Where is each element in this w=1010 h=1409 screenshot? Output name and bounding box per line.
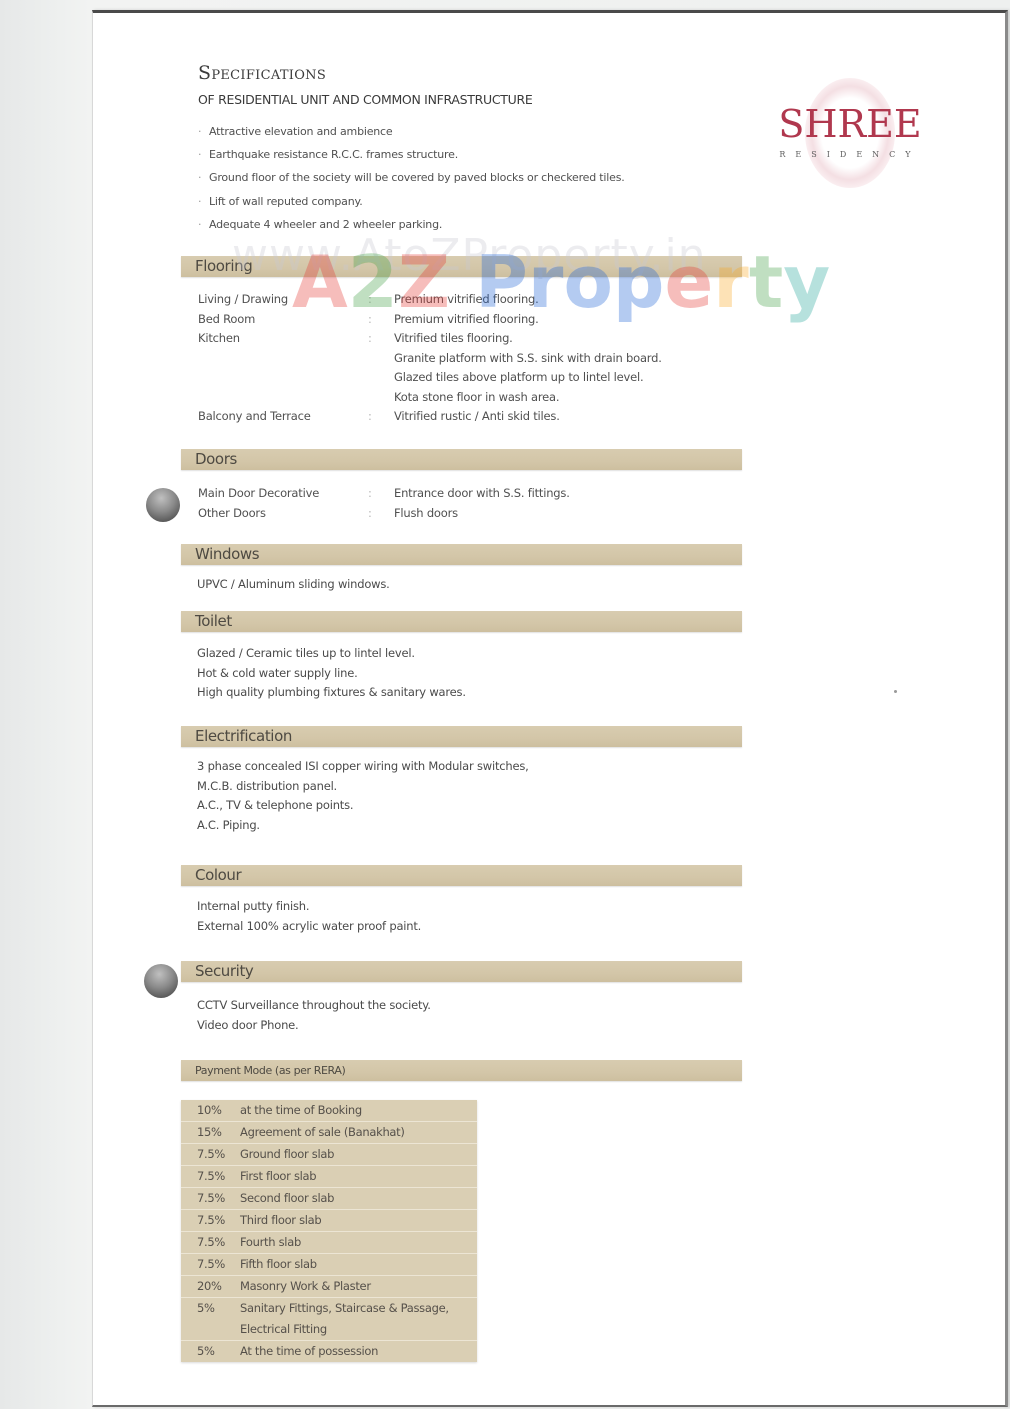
electrification-spec-list: 3 phase concealed ISI copper wiring with… xyxy=(197,759,529,837)
spec-row: Bed Room:Premium vitrified flooring. xyxy=(198,312,662,332)
dust-speck xyxy=(894,690,897,693)
spec-separator xyxy=(368,370,394,390)
payment-percent: 20% xyxy=(181,1276,240,1297)
intro-point: Ground floor of the society will be cove… xyxy=(198,170,625,193)
spec-label xyxy=(198,351,368,371)
page-title: Specifications xyxy=(198,62,326,84)
spec-line: A.C., TV & telephone points. xyxy=(197,798,529,818)
section-title: Electrification xyxy=(195,727,292,745)
payment-row: 15%Agreement of sale (Banakhat) xyxy=(181,1122,477,1144)
payment-stage: Fourth slab xyxy=(240,1232,477,1253)
payment-percent: 7.5% xyxy=(181,1166,240,1187)
spec-separator: : xyxy=(368,506,394,526)
payment-percent: 5% xyxy=(181,1298,240,1340)
payment-stage: Third floor slab xyxy=(240,1210,477,1231)
flooring-spec-table: Living / Drawing:Premium vitrified floor… xyxy=(198,292,662,429)
spec-value: Vitrified rustic / Anti skid tiles. xyxy=(394,409,662,429)
section-header-flooring: Flooring xyxy=(181,256,742,277)
spec-row: Kitchen:Vitrified tiles flooring. xyxy=(198,331,662,351)
spec-line: Video door Phone. xyxy=(197,1018,431,1038)
section-title: Toilet xyxy=(195,612,232,630)
spec-line: A.C. Piping. xyxy=(197,818,529,838)
payment-row: 5%At the time of possession xyxy=(181,1341,477,1362)
payment-stage: Agreement of sale (Banakhat) xyxy=(240,1122,477,1143)
binder-hole-icon xyxy=(146,488,180,522)
spec-label: Kitchen xyxy=(198,331,368,351)
spec-row: Kota stone floor in wash area. xyxy=(198,390,662,410)
spec-separator: : xyxy=(368,292,394,312)
spec-label xyxy=(198,390,368,410)
payment-percent: 15% xyxy=(181,1122,240,1143)
spec-label: Living / Drawing xyxy=(198,292,368,312)
spec-row: Granite platform with S.S. sink with dra… xyxy=(198,351,662,371)
payment-row: 20%Masonry Work & Plaster xyxy=(181,1276,477,1298)
spec-label xyxy=(198,370,368,390)
intro-point: Adequate 4 wheeler and 2 wheeler parking… xyxy=(198,217,625,240)
spec-line: 3 phase concealed ISI copper wiring with… xyxy=(197,759,529,779)
logo-tagline: RESIDENCY xyxy=(765,150,935,159)
payment-row: 10%at the time of Booking xyxy=(181,1100,477,1122)
spec-label: Other Doors xyxy=(198,506,368,526)
payment-schedule-table: 10%at the time of Booking15%Agreement of… xyxy=(181,1100,477,1362)
spec-separator: : xyxy=(368,331,394,351)
spec-value: Glazed tiles above platform up to lintel… xyxy=(394,370,662,390)
spec-value: Granite platform with S.S. sink with dra… xyxy=(394,351,662,371)
colour-spec-list: Internal putty finish. External 100% acr… xyxy=(197,899,421,938)
payment-row: 7.5%Third floor slab xyxy=(181,1210,477,1232)
windows-spec-list: UPVC / Aluminum sliding windows. xyxy=(197,577,390,597)
spec-line: Glazed / Ceramic tiles up to lintel leve… xyxy=(197,646,466,666)
spec-value: Flush doors xyxy=(394,506,570,526)
payment-row: 5%Sanitary Fittings, Staircase & Passage… xyxy=(181,1298,477,1341)
intro-list: Attractive elevation and ambience Earthq… xyxy=(198,124,625,240)
section-header-payment-mode: Payment Mode (as per RERA) xyxy=(181,1060,742,1081)
section-title: Colour xyxy=(195,866,241,884)
payment-stage: at the time of Booking xyxy=(240,1100,477,1121)
payment-stage: Sanitary Fittings, Staircase & Passage, … xyxy=(240,1298,477,1340)
security-spec-list: CCTV Surveillance throughout the society… xyxy=(197,998,431,1037)
payment-percent: 10% xyxy=(181,1100,240,1121)
spec-row: Glazed tiles above platform up to lintel… xyxy=(198,370,662,390)
payment-percent: 7.5% xyxy=(181,1144,240,1165)
spec-value: Vitrified tiles flooring. xyxy=(394,331,662,351)
spec-line: Internal putty finish. xyxy=(197,899,421,919)
spec-label: Bed Room xyxy=(198,312,368,332)
toilet-spec-list: Glazed / Ceramic tiles up to lintel leve… xyxy=(197,646,466,705)
section-title: Windows xyxy=(195,545,259,563)
intro-point: Lift of wall reputed company. xyxy=(198,194,625,217)
section-header-doors: Doors xyxy=(181,449,742,470)
payment-row: 7.5%Ground floor slab xyxy=(181,1144,477,1166)
spec-separator: : xyxy=(368,312,394,332)
spec-separator xyxy=(368,390,394,410)
section-header-electrification: Electrification xyxy=(181,726,742,747)
binder-hole-icon xyxy=(144,964,178,998)
payment-row: 7.5%Fifth floor slab xyxy=(181,1254,477,1276)
payment-stage: Fifth floor slab xyxy=(240,1254,477,1275)
section-header-toilet: Toilet xyxy=(181,611,742,632)
payment-stage: Masonry Work & Plaster xyxy=(240,1276,477,1297)
spec-row: Balcony and Terrace:Vitrified rustic / A… xyxy=(198,409,662,429)
doors-spec-table: Main Door Decorative:Entrance door with … xyxy=(198,486,570,525)
spec-value: Entrance door with S.S. fittings. xyxy=(394,486,570,506)
spec-row: Living / Drawing:Premium vitrified floor… xyxy=(198,292,662,312)
section-title: Payment Mode (as per RERA) xyxy=(195,1064,345,1077)
spec-value: Premium vitrified flooring. xyxy=(394,292,662,312)
intro-point: Earthquake resistance R.C.C. frames stru… xyxy=(198,147,625,170)
section-header-security: Security xyxy=(181,961,742,982)
spec-line: Hot & cold water supply line. xyxy=(197,666,466,686)
intro-point: Attractive elevation and ambience xyxy=(198,124,625,147)
payment-stage: At the time of possession xyxy=(240,1341,477,1362)
section-header-windows: Windows xyxy=(181,544,742,565)
payment-percent: 7.5% xyxy=(181,1232,240,1253)
spec-line: M.C.B. distribution panel. xyxy=(197,779,529,799)
payment-row: 7.5%First floor slab xyxy=(181,1166,477,1188)
spec-row: Other Doors:Flush doors xyxy=(198,506,570,526)
payment-stage: Ground floor slab xyxy=(240,1144,477,1165)
payment-stage: First floor slab xyxy=(240,1166,477,1187)
spec-value: Premium vitrified flooring. xyxy=(394,312,662,332)
payment-percent: 7.5% xyxy=(181,1210,240,1231)
spec-label: Main Door Decorative xyxy=(198,486,368,506)
spec-line: UPVC / Aluminum sliding windows. xyxy=(197,577,390,597)
section-header-colour: Colour xyxy=(181,865,742,886)
page-subtitle: OF RESIDENTIAL UNIT AND COMMON INFRASTRU… xyxy=(198,92,532,107)
spec-line: CCTV Surveillance throughout the society… xyxy=(197,998,431,1018)
spec-separator: : xyxy=(368,486,394,506)
section-title: Security xyxy=(195,962,253,980)
payment-row: 7.5%Second floor slab xyxy=(181,1188,477,1210)
spec-line: External 100% acrylic water proof paint. xyxy=(197,919,421,939)
spec-label: Balcony and Terrace xyxy=(198,409,368,429)
payment-percent: 7.5% xyxy=(181,1254,240,1275)
payment-percent: 5% xyxy=(181,1341,240,1362)
payment-stage: Second floor slab xyxy=(240,1188,477,1209)
spec-separator: : xyxy=(368,409,394,429)
section-title: Doors xyxy=(195,450,237,468)
payment-percent: 7.5% xyxy=(181,1188,240,1209)
spec-value: Kota stone floor in wash area. xyxy=(394,390,662,410)
spec-row: Main Door Decorative:Entrance door with … xyxy=(198,486,570,506)
logo-name: SHREE xyxy=(765,102,935,146)
spec-separator xyxy=(368,351,394,371)
section-title: Flooring xyxy=(195,257,252,275)
payment-row: 7.5%Fourth slab xyxy=(181,1232,477,1254)
spec-line: High quality plumbing fixtures & sanitar… xyxy=(197,685,466,705)
shree-residency-logo: SHREE RESIDENCY xyxy=(765,78,935,198)
